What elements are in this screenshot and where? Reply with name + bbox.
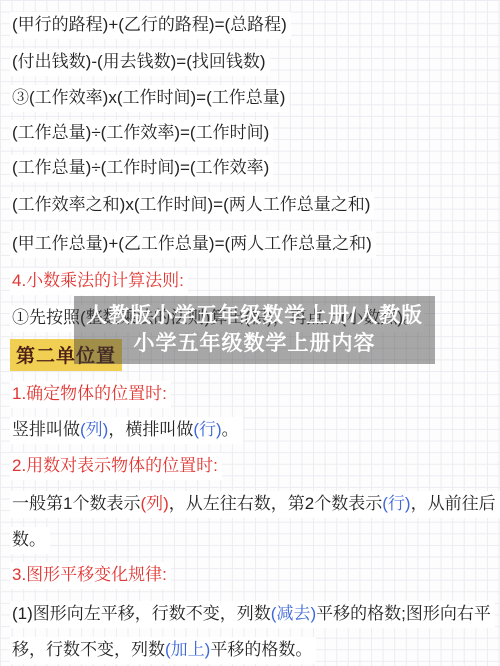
line-text: (1)图形向左平移，行数不变，列数(减去)平移的格数;图形向右平	[10, 601, 495, 628]
text-segment: (付出钱数)-(用去钱数)=(找回钱数)	[12, 52, 266, 71]
text-segment: ③(工作效率)x(工作时间)=(工作总量)	[12, 88, 285, 107]
body-line: (1)图形向左平移，行数不变，列数(减去)平移的格数;图形向右平	[10, 601, 496, 628]
text-segment: 4.小数乘法的计算法则:	[12, 271, 184, 290]
text-segment: 。	[222, 420, 239, 439]
text-segment: (加上)	[165, 640, 210, 659]
section-heading: 4.小数乘法的计算法则:	[10, 268, 496, 295]
text-segment: (列)	[80, 420, 108, 439]
line-text: (甲行的路程)+(乙行的路程)=(总路程)	[10, 12, 291, 39]
text-segment: (甲工作总量)+(乙工作总量)=(两人工作总量之和)	[12, 234, 372, 253]
text-segment: (减去)	[271, 604, 316, 623]
line-text: 4.小数乘法的计算法则:	[10, 268, 188, 295]
section-heading: 3.图形平移变化规律:	[10, 562, 496, 589]
text-segment: (工作总量)÷(工作效率)=(工作时间)	[12, 123, 269, 142]
notes-page: (甲行的路程)+(乙行的路程)=(总路程)(付出钱数)-(用去钱数)=(找回钱数…	[0, 0, 500, 666]
line-text: 2.用数对表示物体的位置时:	[10, 453, 222, 480]
line-text: 3.图形平移变化规律:	[10, 562, 171, 589]
text-segment: 平移的格数。	[210, 640, 312, 659]
text-segment: 一般第1个数表示	[12, 494, 140, 513]
line-text: (甲工作总量)+(乙工作总量)=(两人工作总量之和)	[10, 231, 376, 258]
section-heading: 1.确定物体的位置时:	[10, 381, 496, 408]
text-segment: 1.确定物体的位置时:	[12, 384, 167, 403]
text-segment: 移，行数不变，列数	[12, 640, 165, 659]
watermark-line-1: 人教版小学五年级数学上册/人教版	[86, 302, 423, 330]
text-segment: ，横排叫做	[108, 420, 193, 439]
formula-line: ③(工作效率)x(工作时间)=(工作总量)	[10, 85, 496, 112]
line-text: 1.确定物体的位置时:	[10, 381, 171, 408]
text-segment: 竖排叫做	[12, 420, 80, 439]
text-segment: 2.用数对表示物体的位置时:	[12, 456, 218, 475]
text-segment: ，从左往右数，第2个数表示	[169, 494, 382, 513]
formula-line: (甲行的路程)+(乙行的路程)=(总路程)	[10, 12, 496, 39]
line-text: 数。	[10, 527, 50, 554]
text-segment: ，从前往后	[411, 494, 496, 513]
formula-line: (甲工作总量)+(乙工作总量)=(两人工作总量之和)	[10, 231, 496, 258]
text-segment: (行)	[382, 494, 410, 513]
text-segment: 数。	[12, 530, 46, 549]
text-segment: (工作总量)÷(工作时间)=(工作效率)	[12, 158, 269, 177]
line-text: (工作效率之和)x(工作时间)=(两人工作总量之和)	[10, 192, 374, 219]
watermark-overlay: 人教版小学五年级数学上册/人教版 小学五年级数学上册内容	[74, 296, 435, 364]
line-text: (工作总量)÷(工作时间)=(工作效率)	[10, 155, 273, 182]
body-line: 数。	[10, 527, 496, 554]
text-segment: (1)图形向左平移，行数不变，列数	[12, 604, 271, 623]
line-text: 移，行数不变，列数(加上)平移的格数。	[10, 637, 316, 664]
line-text: ③(工作效率)x(工作时间)=(工作总量)	[10, 85, 289, 112]
line-text: (付出钱数)-(用去钱数)=(找回钱数)	[10, 49, 270, 76]
formula-line: (工作总量)÷(工作效率)=(工作时间)	[10, 120, 496, 147]
formula-line: (工作效率之和)x(工作时间)=(两人工作总量之和)	[10, 192, 496, 219]
watermark-line-2: 小学五年级数学上册内容	[134, 330, 376, 358]
formula-line: (付出钱数)-(用去钱数)=(找回钱数)	[10, 49, 496, 76]
section-heading: 2.用数对表示物体的位置时:	[10, 453, 496, 480]
text-segment: (工作效率之和)x(工作时间)=(两人工作总量之和)	[12, 195, 370, 214]
line-text: 竖排叫做(列)，横排叫做(行)。	[10, 417, 243, 444]
text-segment: (列)	[140, 494, 168, 513]
body-line: 竖排叫做(列)，横排叫做(行)。	[10, 417, 496, 444]
text-segment: (甲行的路程)+(乙行的路程)=(总路程)	[12, 15, 287, 34]
text-segment: 3.图形平移变化规律:	[12, 565, 167, 584]
line-text: 一般第1个数表示(列)，从左往右数，第2个数表示(行)，从前往后	[10, 491, 500, 518]
line-text: (工作总量)÷(工作效率)=(工作时间)	[10, 120, 273, 147]
formula-line: (工作总量)÷(工作时间)=(工作效率)	[10, 155, 496, 182]
text-segment: (行)	[193, 420, 221, 439]
body-line: 一般第1个数表示(列)，从左往右数，第2个数表示(行)，从前往后	[10, 491, 496, 518]
text-segment: 平移的格数;图形向右平	[316, 604, 491, 623]
body-line: 移，行数不变，列数(加上)平移的格数。	[10, 637, 496, 664]
